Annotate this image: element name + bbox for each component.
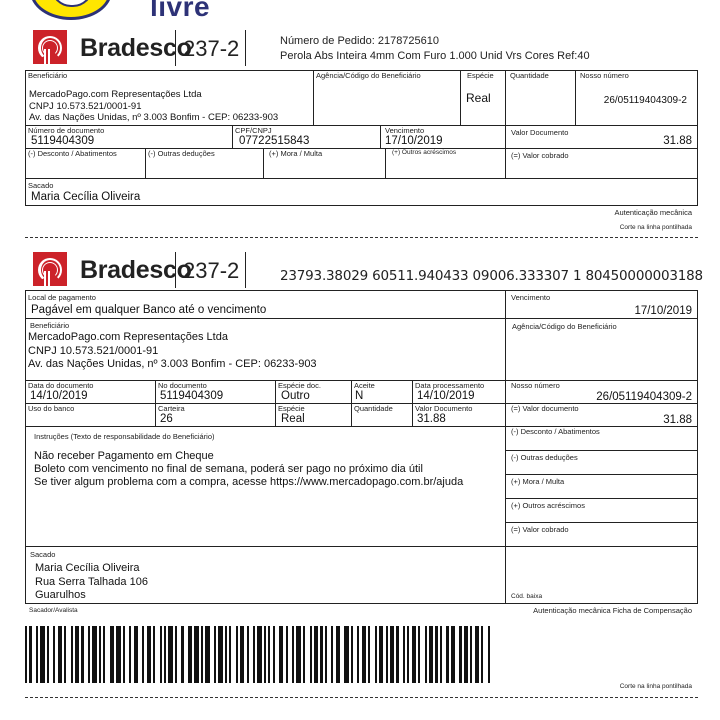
cod-baixa-label: Cód. baixa [511,593,542,600]
order-info: Número de Pedido: 2178725610 Perola Abs … [280,34,590,64]
corte-ficha-label: Corte na linha pontilhada [620,683,692,690]
recibo-num-doc-cell: Número de documento 5119404309 [25,125,233,149]
quantidade-label: Quantidade [510,71,549,80]
valor-documento-label: (=) Valor documento [511,404,579,413]
linha-digitavel: 23793.38029 60511.940433 09006.333307 1 … [280,268,703,284]
desconto-label: (-) Desconto / Abatimentos [511,427,600,436]
ficha-nosso-numero-cell: Nosso número 26/05119404309-2 [505,380,698,404]
no-doc-value: 5119404309 [160,390,223,402]
agencia-label: Agência/Código do Beneficiário [512,322,617,331]
recibo-mora-cell: (+) Mora / Multa [263,148,386,179]
data-doc-label: Data do documento [28,381,93,390]
recibo-sacado-cell: Sacado Maria Cecília Oliveira [25,178,698,206]
nosso-numero-label: Nosso número [580,71,629,80]
bradesco-logo-icon [33,30,67,64]
quantidade-label: Quantidade [354,404,393,413]
nosso-numero-value: 26/05119404309-2 [596,391,692,403]
bank-code: 237-2 [183,36,239,62]
ficha-vencimento-cell: Vencimento 17/10/2019 [505,290,698,319]
no-doc-cell: No documento 5119404309 [155,380,276,404]
data-proc-value: 14/10/2019 [417,390,475,402]
especie-doc-value: Outro [281,390,310,402]
instrucoes-label: Instruções (Texto de responsabilidade do… [34,432,215,441]
ficha-quantidade-cell: Quantidade [351,403,413,427]
carteira-value: 26 [160,413,173,425]
instrucoes-cell: Instruções (Texto de responsabilidade do… [25,426,506,547]
especie-label: Espécie [467,71,494,80]
recibo-beneficiario-cell: Beneficiário MercadoPago.com Representaç… [25,70,314,126]
vencimento-value: 17/10/2019 [634,305,692,317]
order-description: Perola Abs Inteira 4mm Com Furo 1.000 Un… [280,49,590,64]
recibo-outros-acrescimos-cell: (+) Outros acréscimos [385,148,506,179]
data-proc-cell: Data processamento 14/10/2019 [412,380,506,404]
sacado-value: Maria Cecília Oliveira Rua Serra Talhada… [35,562,148,603]
divider [245,252,246,288]
mercado-livre-logo-text: livre [150,0,210,22]
beneficiario-label: Beneficiário [30,321,69,330]
local-pagamento-value: Pagável em qualquer Banco até o vencimen… [31,304,266,316]
ficha-valor-doc-cell: Valor Documento 31.88 [412,403,506,427]
valor-cobrado-label: (=) Valor cobrado [511,525,569,534]
valor-cobrado-label: (=) Valor cobrado [511,151,569,160]
recibo-desconto-cell: (-) Desconto / Abatimentos [25,148,146,179]
cut-line-bottom [25,697,698,698]
especie-value: Real [466,91,491,105]
recibo-outras-deducoes-cell: (-) Outras deduções [145,148,264,179]
mora-label: (+) Mora / Multa [269,149,322,158]
valor-doc-value: 31.88 [417,413,446,425]
bank-code: 237-2 [183,258,239,284]
beneficiario-value: MercadoPago.com Representações Ltda CNPJ… [28,331,317,372]
recibo-valor-doc-cell: Valor Documento 31.88 [505,125,698,149]
recibo-valor-cobrado-cell: (=) Valor cobrado [505,148,698,179]
aceite-label: Aceite [354,381,375,390]
nosso-numero-label: Nosso número [511,381,560,390]
aceite-value: N [355,390,363,402]
vencimento-label: Vencimento [511,293,550,302]
recibo-vencimento-cell: Vencimento 17/10/2019 [380,125,506,149]
corte-label: Corte na linha pontilhada [620,224,692,231]
data-doc-cell: Data do documento 14/10/2019 [25,380,156,404]
num-doc-label: Número de documento [28,126,104,135]
ficha-mora-cell: (+) Mora / Multa [505,474,698,499]
carteira-label: Carteira [158,404,185,413]
valor-doc-label: Valor Documento [511,128,568,137]
cut-line [25,237,698,238]
data-doc-value: 14/10/2019 [30,390,88,402]
cpf-value: 07722515843 [239,135,309,147]
uso-banco-cell: Uso do banco [25,403,156,427]
local-pagamento-cell: Local de pagamento Pagável em qualquer B… [25,290,506,319]
recibo-especie-cell: Espécie Real [460,70,506,126]
divider [245,30,246,66]
valor-documento-cell: (=) Valor documento 31.88 [505,403,698,427]
instrucoes-text: Não receber Pagamento em Cheque Boleto c… [34,450,463,489]
vencimento-value: 17/10/2019 [385,135,443,147]
beneficiario-label: Beneficiário [28,71,67,80]
cpf-label: CPF/CNPJ [235,126,272,135]
num-doc-value: 5119404309 [31,135,94,147]
beneficiario-value: MercadoPago.com Representações Ltda CNPJ… [29,89,278,124]
ficha-outros-acrescimos-cell: (+) Outros acréscimos [505,498,698,523]
ficha-agencia-cell: Agência/Código do Beneficiário [505,318,698,381]
divider [175,30,176,66]
uso-banco-label: Uso do banco [28,404,74,413]
desconto-label: (-) Desconto / Abatimentos [28,149,117,158]
cod-baixa-cell: Cód. baixa [505,546,698,604]
ficha-outras-deducoes-cell: (-) Outras deduções [505,450,698,475]
outros-acrescimos-label: (+) Outros acréscimos [392,149,456,156]
especie-label: Espécie [278,404,305,413]
valor-doc-value: 31.88 [663,135,692,147]
ficha-especie-cell: Espécie Real [275,403,352,427]
sacador-avalista-label: Sacador/Avalista [29,607,78,614]
especie-doc-cell: Espécie doc. Outro [275,380,352,404]
sacado-value: Maria Cecília Oliveira [31,191,140,203]
ficha-sacado-cell: Sacado Maria Cecília Oliveira Rua Serra … [25,546,506,604]
recibo-quantidade-cell: Quantidade [505,70,576,126]
sacado-label: Sacado [28,181,53,190]
sacado-label: Sacado [30,550,55,559]
divider [175,252,176,288]
bradesco-logo-icon [33,252,67,286]
especie-doc-label: Espécie doc. [278,381,321,390]
recibo-agencia-cell: Agência/Código do Beneficiário [313,70,461,126]
order-number: Número de Pedido: 2178725610 [280,34,590,49]
local-pagamento-label: Local de pagamento [28,293,96,302]
mercado-livre-logo [30,0,112,20]
autenticacao-mecanica-label: Autenticação mecânica [614,208,692,217]
no-doc-label: No documento [158,381,207,390]
valor-documento-value: 31.88 [663,414,692,426]
data-proc-label: Data processamento [415,381,484,390]
valor-doc-label: Valor Documento [415,404,472,413]
outras-deducoes-label: (-) Outras deduções [148,149,215,158]
autenticacao-ficha-label: Autenticação mecânica Ficha de Compensaç… [533,606,692,615]
handshake-icon [51,0,93,7]
outros-acrescimos-label: (+) Outros acréscimos [511,501,585,510]
nosso-numero-value: 26/05119404309-2 [604,95,687,106]
ficha-valor-cobrado-cell: (=) Valor cobrado [505,522,698,547]
ficha-beneficiario-cell: Beneficiário MercadoPago.com Representaç… [25,318,506,381]
carteira-cell: Carteira 26 [155,403,276,427]
mora-label: (+) Mora / Multa [511,477,564,486]
especie-value: Real [281,413,305,425]
ficha-desconto-cell: (-) Desconto / Abatimentos [505,426,698,451]
agencia-label: Agência/Código do Beneficiário [316,71,421,80]
aceite-cell: Aceite N [351,380,413,404]
outras-deducoes-label: (-) Outras deduções [511,453,578,462]
barcode [25,626,490,683]
recibo-nosso-numero-cell: Nosso número 26/05119404309-2 [575,70,698,126]
vencimento-label: Vencimento [385,126,424,135]
recibo-cpf-cell: CPF/CNPJ 07722515843 [232,125,381,149]
